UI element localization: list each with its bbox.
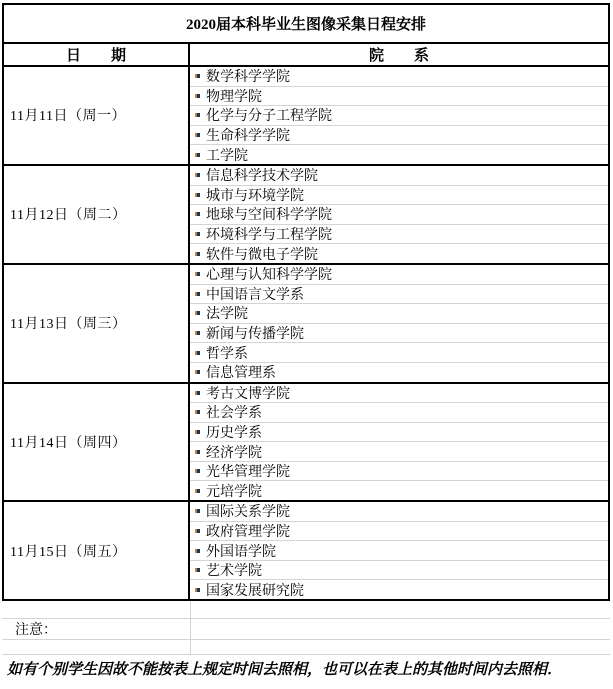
empty-cell (191, 640, 610, 654)
department-row: 历史学系 (190, 423, 608, 443)
department-row: 哲学系 (190, 343, 608, 363)
square-bullet-icon (195, 410, 200, 414)
date-cell: 11月11日（周一） (4, 67, 190, 164)
department-name: 地球与空间科学学院 (206, 204, 332, 224)
notes-area: 注意： (2, 601, 610, 655)
department-row: 城市与环境学院 (190, 186, 608, 206)
department-name: 环境科学与工程学院 (206, 224, 332, 244)
department-row: 外国语学院 (190, 541, 608, 561)
department-row: 物理学院 (190, 87, 608, 107)
square-bullet-icon (195, 292, 200, 296)
department-name: 城市与环境学院 (206, 185, 304, 205)
square-bullet-icon (195, 549, 200, 553)
department-name: 化学与分子工程学院 (206, 105, 332, 125)
empty-row (2, 601, 610, 619)
department-name: 艺术学院 (206, 560, 262, 580)
empty-row (2, 640, 610, 655)
square-bullet-icon (195, 193, 200, 197)
department-row: 政府管理学院 (190, 522, 608, 542)
department-row: 工学院 (190, 145, 608, 164)
department-row: 数学科学学院 (190, 67, 608, 87)
square-bullet-icon (195, 529, 200, 533)
department-name: 数学科学学院 (206, 66, 290, 86)
square-bullet-icon (195, 212, 200, 216)
department-row: 元培学院 (190, 481, 608, 500)
department-name: 历史学系 (206, 422, 262, 442)
department-row: 法学院 (190, 304, 608, 324)
department-name: 国际关系学院 (206, 501, 290, 521)
department-name: 生命科学学院 (206, 125, 290, 145)
department-row: 信息管理系 (190, 363, 608, 382)
department-row: 环境科学与工程学院 (190, 225, 608, 245)
department-row: 社会学系 (190, 403, 608, 423)
table-header-row: 日 期 院 系 (4, 44, 608, 67)
note-label: 注意： (2, 619, 191, 639)
square-bullet-icon (195, 74, 200, 78)
department-name: 社会学系 (206, 402, 262, 422)
square-bullet-icon (195, 588, 200, 592)
department-row: 心理与认知科学学院 (190, 265, 608, 285)
department-list: 考古文博学院社会学系历史学系经济学院光华管理学院元培学院 (190, 384, 608, 501)
department-name: 外国语学院 (206, 541, 276, 561)
header-department-column: 院 系 (190, 44, 608, 65)
date-cell: 11月13日（周三） (4, 265, 190, 382)
department-row: 信息科学技术学院 (190, 166, 608, 186)
date-cell: 11月14日（周四） (4, 384, 190, 501)
department-row: 光华管理学院 (190, 462, 608, 482)
square-bullet-icon (195, 252, 200, 256)
department-name: 物理学院 (206, 86, 262, 106)
date-cell: 11月12日（周二） (4, 166, 190, 263)
square-bullet-icon (195, 568, 200, 572)
department-name: 软件与微电子学院 (206, 244, 318, 264)
square-bullet-icon (195, 331, 200, 335)
department-list: 心理与认知科学学院中国语言文学系法学院新闻与传播学院哲学系信息管理系 (190, 265, 608, 382)
square-bullet-icon (195, 351, 200, 355)
department-row: 新闻与传播学院 (190, 324, 608, 344)
table-body: 11月11日（周一）数学科学学院物理学院化学与分子工程学院生命科学学院工学院11… (4, 67, 608, 599)
department-name: 政府管理学院 (206, 521, 290, 541)
department-name: 工学院 (206, 145, 248, 165)
department-name: 信息科学技术学院 (206, 165, 318, 185)
square-bullet-icon (195, 509, 200, 513)
square-bullet-icon (195, 450, 200, 454)
empty-cell (191, 601, 610, 618)
page-title: 2020届本科毕业生图像采集日程安排 (4, 5, 608, 44)
department-name: 中国语言文学系 (206, 284, 304, 304)
department-name: 新闻与传播学院 (206, 323, 304, 343)
schedule-section: 11月13日（周三）心理与认知科学学院中国语言文学系法学院新闻与传播学院哲学系信… (4, 265, 608, 384)
department-list: 国际关系学院政府管理学院外国语学院艺术学院国家发展研究院 (190, 502, 608, 599)
department-name: 哲学系 (206, 343, 248, 363)
department-row: 艺术学院 (190, 561, 608, 581)
department-row: 生命科学学院 (190, 126, 608, 146)
square-bullet-icon (195, 173, 200, 177)
square-bullet-icon (195, 94, 200, 98)
department-name: 考古文博学院 (206, 383, 290, 403)
schedule-section: 11月12日（周二）信息科学技术学院城市与环境学院地球与空间科学学院环境科学与工… (4, 166, 608, 265)
department-name: 心理与认知科学学院 (206, 264, 332, 284)
empty-cell (2, 640, 191, 654)
square-bullet-icon (195, 311, 200, 315)
schedule-section: 11月11日（周一）数学科学学院物理学院化学与分子工程学院生命科学学院工学院 (4, 67, 608, 166)
department-name: 元培学院 (206, 481, 262, 501)
department-row: 化学与分子工程学院 (190, 106, 608, 126)
footer-note: 如有个别学生因故不能按表上规定时间去照相，也可以在表上的其他时间内去照相． (2, 655, 610, 679)
square-bullet-icon (195, 153, 200, 157)
department-name: 信息管理系 (206, 362, 276, 382)
note-row: 注意： (2, 619, 610, 640)
department-row: 地球与空间科学学院 (190, 205, 608, 225)
date-cell: 11月15日（周五） (4, 502, 190, 599)
department-row: 国家发展研究院 (190, 580, 608, 599)
square-bullet-icon (195, 430, 200, 434)
square-bullet-icon (195, 391, 200, 395)
square-bullet-icon (195, 489, 200, 493)
square-bullet-icon (195, 133, 200, 137)
square-bullet-icon (195, 272, 200, 276)
department-list: 信息科学技术学院城市与环境学院地球与空间科学学院环境科学与工程学院软件与微电子学… (190, 166, 608, 263)
empty-cell (2, 601, 191, 618)
schedule-section: 11月15日（周五）国际关系学院政府管理学院外国语学院艺术学院国家发展研究院 (4, 502, 608, 599)
schedule-section: 11月14日（周四）考古文博学院社会学系历史学系经济学院光华管理学院元培学院 (4, 384, 608, 503)
square-bullet-icon (195, 113, 200, 117)
square-bullet-icon (195, 232, 200, 236)
header-date-column: 日 期 (4, 44, 190, 65)
department-row: 中国语言文学系 (190, 285, 608, 305)
department-row: 经济学院 (190, 442, 608, 462)
department-row: 考古文博学院 (190, 384, 608, 404)
department-list: 数学科学学院物理学院化学与分子工程学院生命科学学院工学院 (190, 67, 608, 164)
department-name: 国家发展研究院 (206, 580, 304, 600)
square-bullet-icon (195, 370, 200, 374)
department-row: 国际关系学院 (190, 502, 608, 522)
square-bullet-icon (195, 469, 200, 473)
schedule-document: 2020届本科毕业生图像采集日程安排 日 期 院 系 11月11日（周一）数学科… (0, 0, 613, 689)
empty-cell (191, 619, 610, 639)
department-row: 软件与微电子学院 (190, 244, 608, 263)
schedule-table: 2020届本科毕业生图像采集日程安排 日 期 院 系 11月11日（周一）数学科… (2, 3, 610, 601)
department-name: 法学院 (206, 303, 248, 323)
department-name: 光华管理学院 (206, 461, 290, 481)
department-name: 经济学院 (206, 442, 262, 462)
